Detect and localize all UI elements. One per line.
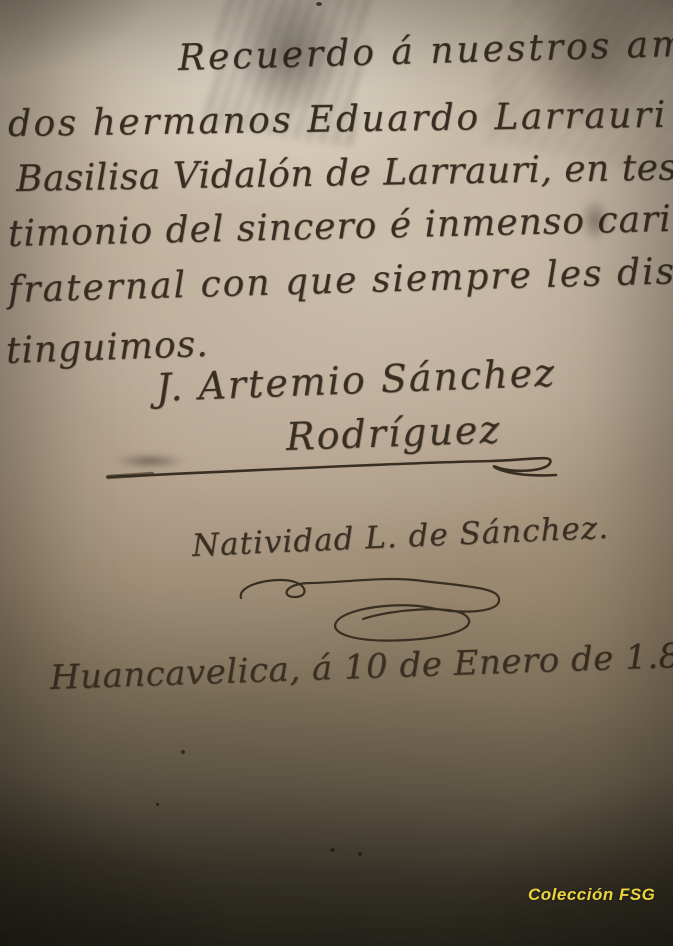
- signature-artemio-line1: J. Artemio Sánchez: [155, 351, 557, 410]
- paper-speck: [156, 803, 159, 806]
- manuscript-line-1: Recuerdo á nuestros ama-: [177, 23, 673, 79]
- paper-speck: [316, 2, 322, 6]
- signature-rubric-flourish: [225, 568, 525, 653]
- signature-underline-flourish: [100, 446, 565, 494]
- paper-speck: [181, 750, 185, 754]
- paper-speck: [358, 852, 362, 856]
- manuscript-line-2: dos hermanos Eduardo Larrauri y: [8, 94, 673, 145]
- manuscript-line-5: fraternal con que siempre les dis-: [7, 251, 673, 311]
- paper-speck: [330, 848, 335, 852]
- collection-watermark: Colección FSG: [528, 885, 655, 905]
- manuscript-line-3: Basilisa Vidalón de Larrauri, en tes-: [16, 147, 673, 200]
- manuscript-photo: Recuerdo á nuestros ama- dos hermanos Ed…: [0, 0, 673, 946]
- manuscript-line-4: timonio del sincero é inmenso cariño: [8, 198, 673, 255]
- signature-natividad: Natividad L. de Sánchez.: [191, 510, 609, 564]
